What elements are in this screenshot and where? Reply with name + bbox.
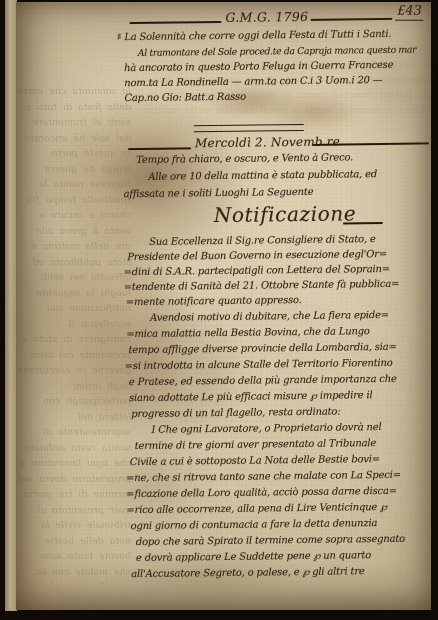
manuscript-line: e dovrà applicare Le Suddette pene ℘ un … — [136, 550, 371, 564]
weather-line: Tempo frà chiaro, e oscuro, e Vento à Gr… — [136, 152, 353, 166]
manuscript-line: all'Accusatore Segreto, o palese, e ℘ gl… — [131, 566, 365, 580]
manuscript-line: Presidente del Buon Governo in esecuzion… — [127, 249, 387, 263]
page-content: G.M.G. 1796 £43 ♯ La Solennità che corre… — [0, 0, 438, 620]
date-rule-right — [313, 142, 429, 145]
manuscript-line: =ficazione della Loro qualità, acciò pos… — [126, 486, 397, 500]
manuscript-line: Alle ore 10 della mattina è stata pubbli… — [148, 169, 377, 183]
manuscript-line: termine di tre giorni aver presentato al… — [135, 438, 377, 452]
manuscript-line: Avendosi motivo di dubitare, che La fier… — [150, 310, 389, 324]
manuscript-photo: la solennità che corre della festa di tu… — [0, 0, 438, 620]
manuscript-line: hà ancorato in questo Porto Feluga in Gu… — [124, 60, 393, 74]
manuscript-line: =ne, che si ritrova tanto sane che malat… — [126, 470, 401, 484]
folio-number: £43 — [395, 4, 423, 21]
manuscript-line: progresso di un tal flagello, resta ordi… — [131, 407, 340, 421]
double-divider-rule — [194, 124, 304, 132]
manuscript-line: affissata ne i soliti Luoghi La Seguente — [124, 187, 314, 200]
manuscript-line: ♯ La Solennità che corre oggi della Fest… — [117, 29, 392, 43]
manuscript-line: e Pratese, ed essendo della più grande i… — [129, 374, 397, 388]
manuscript-line: dopo che sarà Spirato il termine come so… — [136, 534, 405, 548]
header-rule-right — [310, 18, 392, 21]
manuscript-line: Cap.no Gio: Batt.a Rasso — [124, 92, 246, 104]
title-flourish — [343, 222, 383, 224]
manuscript-line: =tendente di Sanità del 21. Ottobre Stan… — [124, 279, 400, 293]
manuscript-line: =rico alle occorrenze, alla pena di Lire… — [126, 502, 387, 516]
manuscript-line: =dini di S.A.R. partecipatigli con Lette… — [123, 264, 389, 278]
manuscript-line: Al tramontare del Sole proced.te da Capr… — [138, 45, 416, 59]
notification-title: Notificazione — [214, 201, 357, 227]
manuscript-line: Civile a cui è sottoposto La Nota delle … — [130, 454, 380, 468]
header-motto: G.M.G. 1796 — [225, 9, 308, 25]
manuscript-line: nom.ta La Rondinella — arm.ta con C.i 3 … — [124, 75, 382, 89]
manuscript-line: I Che ogni Lavoratore, o Proprietario do… — [151, 422, 381, 436]
date-rule-left — [128, 147, 191, 150]
manuscript-line: =mente notificare quanto appresso. — [126, 295, 302, 308]
manuscript-line: ogni giorno di contumacia a fare la dett… — [131, 518, 378, 532]
date-heading: Mercoldì 2. Novemb.re — [195, 135, 340, 151]
manuscript-line: tempo affligge diverse provincie della L… — [128, 342, 396, 356]
manuscript-line: Sua Eccellenza il Sig.re Consigliere di … — [149, 234, 376, 248]
header-rule-left — [129, 21, 221, 24]
manuscript-line: =mica malattia nella Bestia Bovina, che … — [126, 326, 370, 340]
manuscript-line: =si introdotta in alcune Stalle del Terr… — [125, 358, 393, 372]
manuscript-line: siano adottate Le più efficaci misure ℘ … — [129, 390, 373, 404]
